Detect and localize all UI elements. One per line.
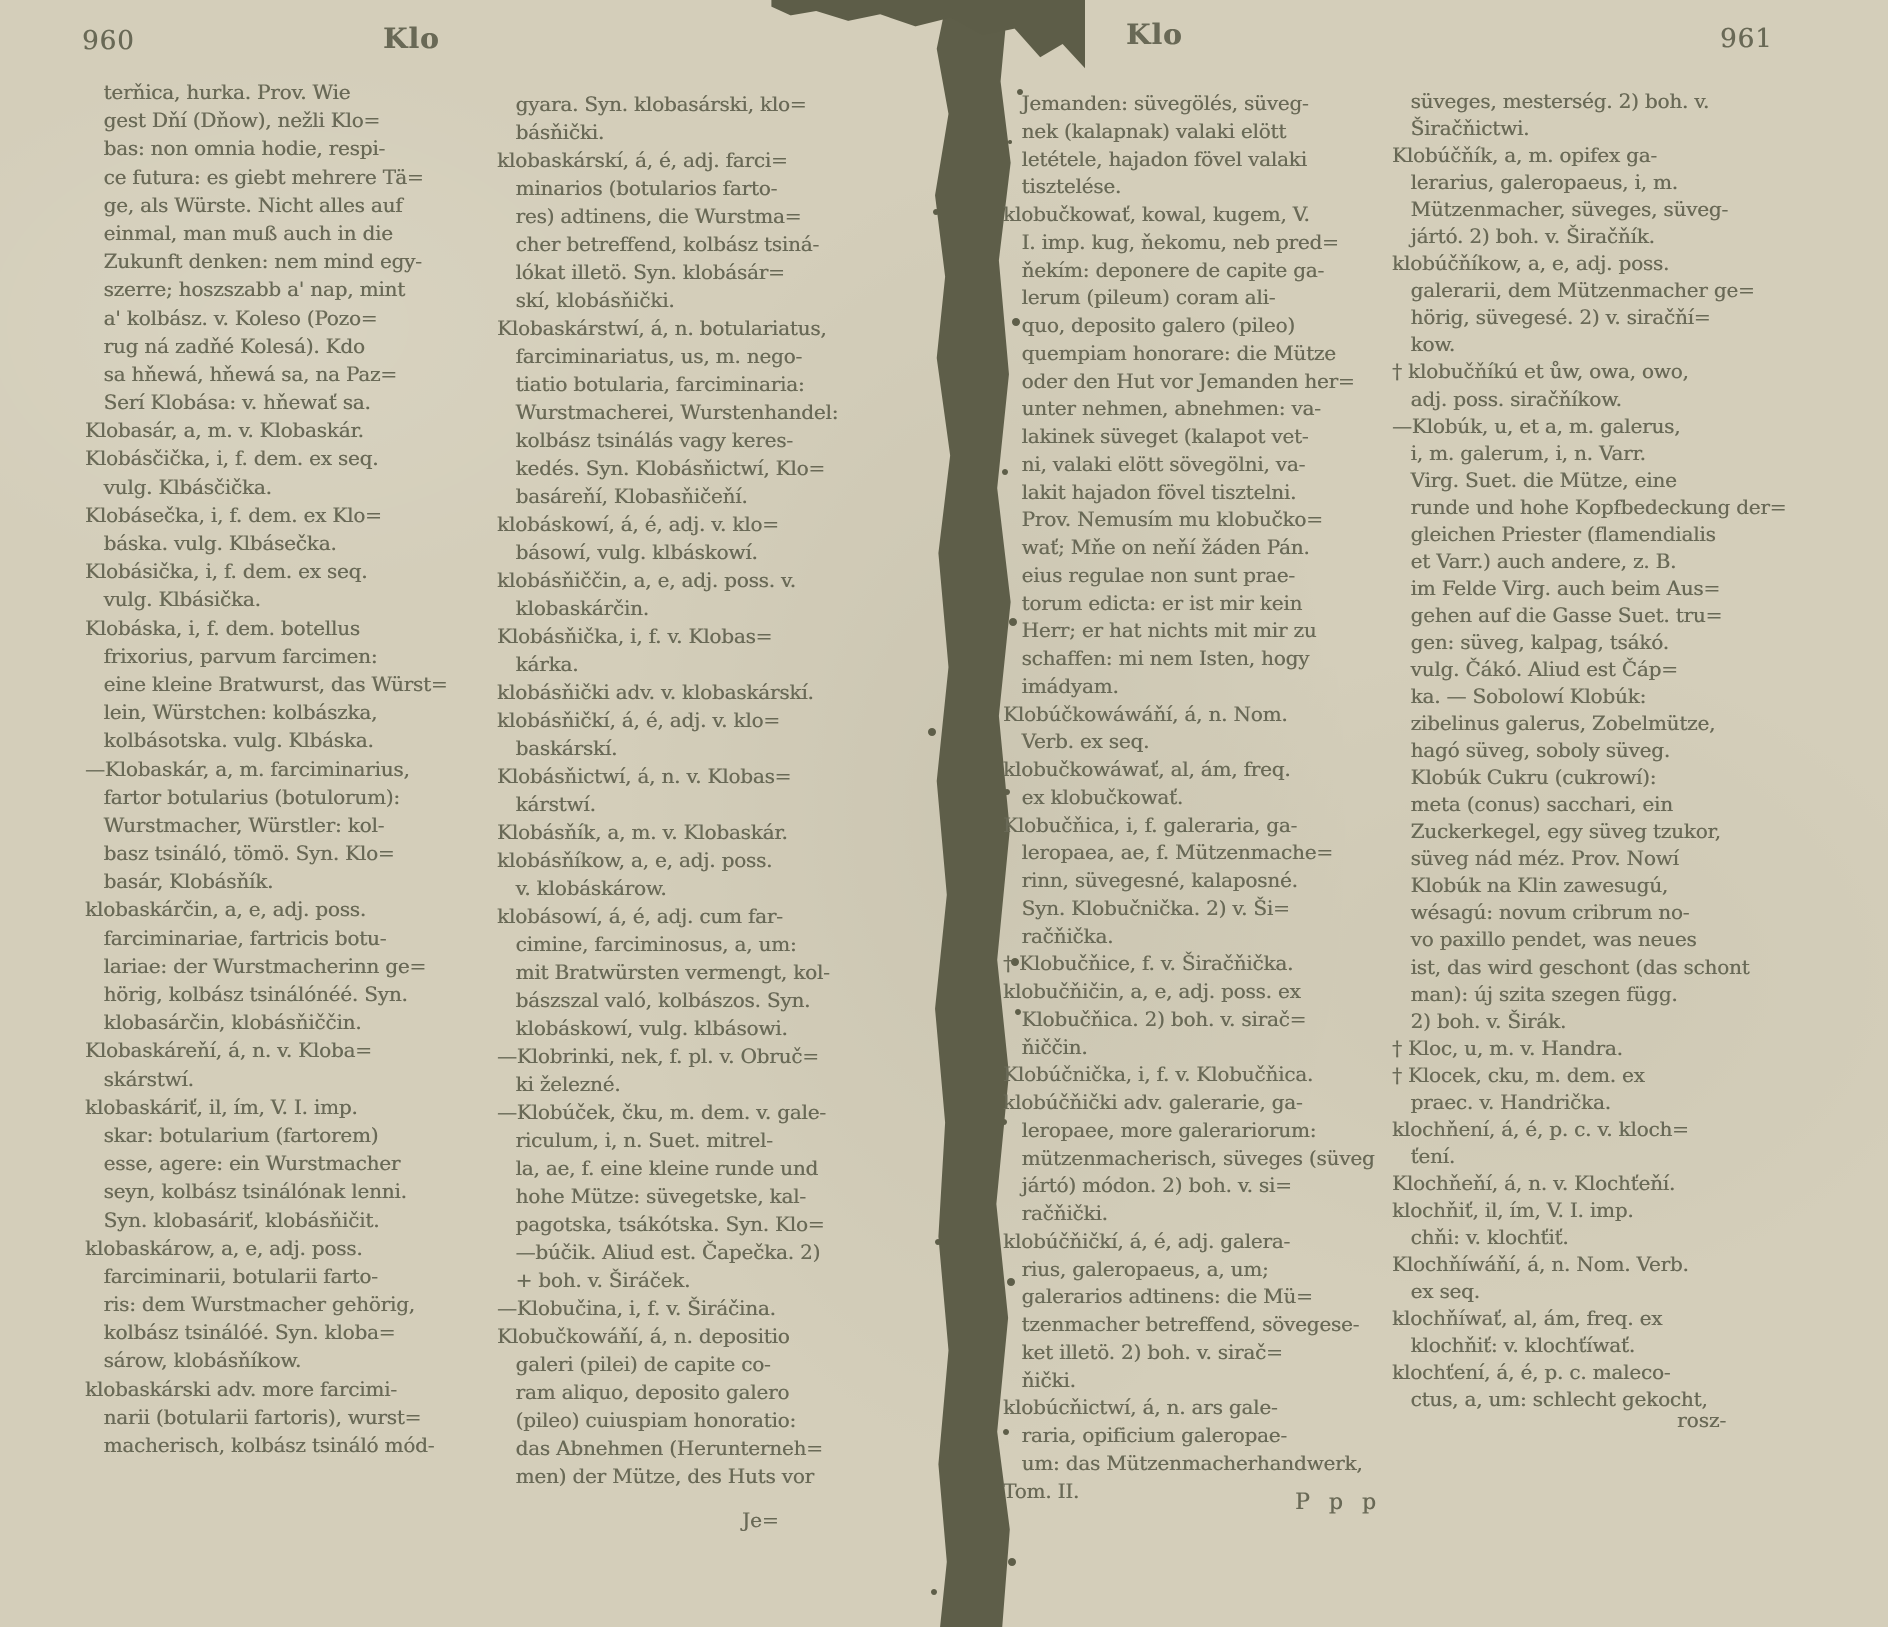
text-line: klochňiť: v. klochťíwať.	[1392, 1332, 1824, 1359]
text-line: kárstwí.	[497, 790, 839, 818]
text-line: bászszal való, kolbászos. Syn.	[497, 986, 839, 1014]
catchword-left-page: Je=	[742, 1508, 779, 1532]
text-line: lerum (pileum) coram ali-	[1003, 284, 1361, 312]
broken-word-catch: rosz-	[1677, 1408, 1726, 1432]
text-line: Virg. Suet. die Mütze, eine	[1392, 467, 1824, 494]
text-line: Klobučkowáňí, á, n. depositio	[497, 1322, 839, 1350]
text-line: skárstwí.	[85, 1065, 487, 1093]
text-line: —búčik. Aliud est. Čapečka. 2)	[497, 1238, 839, 1266]
text-line: klobučkowať, kowal, kugem, V.	[1003, 201, 1361, 229]
text-line: baskárskí.	[497, 734, 839, 762]
text-line: Klobásňík, a, m. v. Klobaskár.	[497, 818, 839, 846]
text-line: klobúčňíkow, a, e, adj. poss.	[1392, 250, 1824, 277]
text-line: klobáskowí, vulg. klbásowi.	[497, 1014, 839, 1042]
text-line: lein, Würstchen: kolbászka,	[85, 698, 487, 726]
text-line: klobásňički adv. v. klobaskárskí.	[497, 678, 839, 706]
text-line: hörig, süvegesé. 2) v. siračňí=	[1392, 304, 1824, 331]
text-line: ist, das wird geschont (das schont	[1392, 954, 1824, 981]
page-number-right: 961	[1720, 24, 1773, 54]
text-line: oder den Hut vor Jemanden her=	[1003, 368, 1361, 396]
text-line: torum edicta: er ist mir kein	[1003, 590, 1361, 618]
text-line: lerarius, galeropaeus, i, m.	[1392, 169, 1824, 196]
text-line: ctus, a, um: schlecht gekocht,	[1392, 1386, 1824, 1413]
text-line: süveges, mesterség. 2) boh. v.	[1392, 88, 1824, 115]
text-line: Zuckerkegel, egy süveg tzukor,	[1392, 818, 1824, 845]
text-line: szerre; hoszszabb a' nap, mint	[85, 275, 487, 303]
text-line: jártó) módon. 2) boh. v. si=	[1003, 1172, 1361, 1200]
text-line: hagó süveg, soboly süveg.	[1392, 737, 1824, 764]
text-line: † klobučňíkú et ůw, owa, owo,	[1392, 358, 1824, 385]
text-line: Prov. Nemusím mu klobučko=	[1003, 506, 1361, 534]
text-line: † Klobučňice, f. v. Širačňička.	[1003, 950, 1361, 978]
text-line: klobúčňički adv. galerarie, ga-	[1003, 1089, 1361, 1117]
text-line: klobásňiččin, a, e, adj. poss. v.	[497, 566, 839, 594]
text-line: cher betreffend, kolbász tsiná-	[497, 230, 839, 258]
text-line: cimine, farciminosus, a, um:	[497, 930, 839, 958]
running-head-left: Klo	[383, 22, 440, 55]
text-line: tiatio botularia, farciminaria:	[497, 370, 839, 398]
text-line: basz tsináló, tömö. Syn. Klo=	[85, 839, 487, 867]
text-line: lariae: der Wurstmacherinn ge=	[85, 952, 487, 980]
text-line: das Abnehmen (Herunterneh=	[497, 1434, 839, 1462]
text-line: I. imp. kug, ňekomu, neb pred=	[1003, 229, 1361, 257]
text-line: schaffen: mi nem Isten, hogy	[1003, 645, 1361, 673]
text-line: Klobúčkowáwáňí, á, n. Nom.	[1003, 701, 1361, 729]
text-line: eine kleine Bratwurst, das Würst=	[85, 670, 487, 698]
text-line: ňiččin.	[1003, 1034, 1361, 1062]
text-line: račňička.	[1003, 923, 1361, 951]
text-line: i, m. galerum, i, n. Varr.	[1392, 440, 1824, 467]
text-line: ka. — Sobolowí Klobúk:	[1392, 683, 1824, 710]
text-line: klobasárčin, klobásňiččin.	[85, 1008, 487, 1036]
text-line: Klobúčňík, a, m. opifex ga-	[1392, 142, 1824, 169]
text-line: kárka.	[497, 650, 839, 678]
text-line: gyara. Syn. klobasárski, klo=	[497, 90, 839, 118]
text-line: —Klobúk, u, et a, m. galerus,	[1392, 413, 1824, 440]
text-line: mützenmacherisch, süveges (süveg	[1003, 1145, 1361, 1173]
text-line: Klobúk na Klin zawesugú,	[1392, 872, 1824, 899]
text-line: ni, valaki elött sövegölni, va-	[1003, 451, 1361, 479]
text-line: res) adtinens, die Wurstma=	[497, 202, 839, 230]
text-line: klochňiť, il, ím, V. I. imp.	[1392, 1197, 1824, 1224]
text-line: basár, Klobásňík.	[85, 867, 487, 895]
text-line: eius regulae non sunt prae-	[1003, 562, 1361, 590]
text-line: Klobásčička, i, f. dem. ex seq.	[85, 444, 487, 472]
text-line: leropaea, ae, f. Mützenmache=	[1003, 839, 1361, 867]
text-line: ťení.	[1392, 1143, 1824, 1170]
text-line: wésagú: novum cribrum no-	[1392, 899, 1824, 926]
text-line: 2) boh. v. Širák.	[1392, 1008, 1824, 1035]
text-line: mit Bratwürsten vermengt, kol-	[497, 958, 839, 986]
text-line: et Varr.) auch andere, z. B.	[1392, 548, 1824, 575]
text-line: kolbász tsinálás vagy keres-	[497, 426, 839, 454]
text-line: leropaee, more galerariorum:	[1003, 1117, 1361, 1145]
text-line: Syn. Klobučnička. 2) v. Ši=	[1003, 895, 1361, 923]
right-page-column-1: Jemanden: süvegölés, süveg- nek (kalapna…	[1003, 90, 1361, 1505]
text-line: klobaskárow, a, e, adj. poss.	[85, 1234, 487, 1262]
text-line: Herr; er hat nichts mit mir zu	[1003, 617, 1361, 645]
text-line: tisztelése.	[1003, 173, 1361, 201]
text-line: Wurstmacher, Würstler: kol-	[85, 811, 487, 839]
text-line: meta (conus) sacchari, ein	[1392, 791, 1824, 818]
text-line: básňički.	[497, 118, 839, 146]
text-line: klobáskowí, á, é, adj. v. klo=	[497, 510, 839, 538]
text-line: Klochňíwáňí, á, n. Nom. Verb.	[1392, 1251, 1824, 1278]
text-line: la, ae, f. eine kleine runde und	[497, 1154, 839, 1182]
text-line: rius, galeropaeus, a, um;	[1003, 1256, 1361, 1284]
text-line: ki železné.	[497, 1070, 839, 1098]
text-line: ge, als Würste. Nicht alles auf	[85, 191, 487, 219]
text-line: klobaskáriť, il, ím, V. I. imp.	[85, 1093, 487, 1121]
text-line: † Klocek, cku, m. dem. ex	[1392, 1062, 1824, 1089]
text-line: narii (botularii fartoris), wurst=	[85, 1403, 487, 1431]
text-line: klobaskárski adv. more farcimi-	[85, 1375, 487, 1403]
text-line: klobaskárčin.	[497, 594, 839, 622]
text-line: seyn, kolbász tsinálónak lenni.	[85, 1177, 487, 1205]
text-line: bas: non omnia hodie, respi-	[85, 134, 487, 162]
text-line: Klobásňička, i, f. v. Klobas=	[497, 622, 839, 650]
text-line: klochňení, á, é, p. c. v. kloch=	[1392, 1116, 1824, 1143]
text-line: klobásňíkow, a, e, adj. poss.	[497, 846, 839, 874]
text-line: ňekím: deponere de capite ga-	[1003, 257, 1361, 285]
text-line: ket illetö. 2) boh. v. sirač=	[1003, 1339, 1361, 1367]
text-line: sa hňewá, hňewá sa, na Paz=	[85, 360, 487, 388]
text-line: vulg. Čákó. Aliud est Čáp=	[1392, 656, 1824, 683]
text-line: báska. vulg. Klbásečka.	[85, 529, 487, 557]
text-line: kedés. Syn. Klobásňictwí, Klo=	[497, 454, 839, 482]
text-line: Klobaskáreňí, á, n. v. Kloba=	[85, 1036, 487, 1064]
text-line: adj. poss. siračňíkow.	[1392, 386, 1824, 413]
text-line: minarios (botularios farto-	[497, 174, 839, 202]
text-line: galeri (pilei) de capite co-	[497, 1350, 839, 1378]
text-line: wať; Mňe on neňí žáden Pán.	[1003, 534, 1361, 562]
text-line: klobásowí, á, é, adj. cum far-	[497, 902, 839, 930]
text-line: vo paxillo pendet, was neues	[1392, 926, 1824, 953]
text-line: im Felde Virg. auch beim Aus=	[1392, 575, 1824, 602]
text-line: raria, opificium galeropae-	[1003, 1422, 1361, 1450]
text-line: klobaskárčin, a, e, adj. poss.	[85, 895, 487, 923]
text-line: galerarii, dem Mützenmacher ge=	[1392, 277, 1824, 304]
text-line: lakit hajadon fövel tisztelni.	[1003, 479, 1361, 507]
text-line: basáreňí, Klobasňičeňí.	[497, 482, 839, 510]
text-line: † Kloc, u, m. v. Handra.	[1392, 1035, 1824, 1062]
text-line: lókat illetö. Syn. klobásár=	[497, 258, 839, 286]
text-line: süveg nád méz. Prov. Nowí	[1392, 845, 1824, 872]
text-line: Zukunft denken: nem mind egy-	[85, 247, 487, 275]
text-line: lakinek süveget (kalapot vet-	[1003, 423, 1361, 451]
text-line: macherisch, kolbász tsináló mód-	[85, 1431, 487, 1459]
text-line: farciminariatus, us, m. nego-	[497, 342, 839, 370]
text-line: básowí, vulg. klbáskowí.	[497, 538, 839, 566]
text-line: Klobasár, a, m. v. Klobaskár.	[85, 416, 487, 444]
text-line: skí, klobásňički.	[497, 286, 839, 314]
text-line: vulg. Klbásčička.	[85, 473, 487, 501]
text-line: terňica, hurka. Prov. Wie	[85, 78, 487, 106]
text-line: man): új szita szegen függ.	[1392, 981, 1824, 1008]
text-line: račňički.	[1003, 1200, 1361, 1228]
text-line: quempiam honorare: die Mütze	[1003, 340, 1361, 368]
text-line: gest Dňí (Dňow), nežli Klo=	[85, 106, 487, 134]
text-line: Verb. ex seq.	[1003, 728, 1361, 756]
text-line: a' kolbász. v. Koleso (Pozo=	[85, 304, 487, 332]
text-line: jártó. 2) boh. v. Širačňík.	[1392, 223, 1824, 250]
text-line: —Klobrinki, nek, f. pl. v. Obruč=	[497, 1042, 839, 1070]
text-line: gehen auf die Gasse Suet. tru=	[1392, 602, 1824, 629]
text-line: ram aliquo, deposito galero	[497, 1378, 839, 1406]
text-line: (pileo) cuiuspiam honoratio:	[497, 1406, 839, 1434]
text-line: hörig, kolbász tsinálónéé. Syn.	[85, 980, 487, 1008]
text-line: klobúcňictwí, á, n. ars gale-	[1003, 1394, 1361, 1422]
text-line: kow.	[1392, 331, 1824, 358]
gutter-shadow	[930, 0, 1014, 1627]
text-line: Klobúk Cukru (cukrowí):	[1392, 764, 1824, 791]
page-number-left: 960	[82, 26, 135, 56]
text-line: einmal, man muß auch in die	[85, 219, 487, 247]
text-line: Serí Klobása: v. hňewať sa.	[85, 388, 487, 416]
text-line: esse, agere: ein Wurstmacher	[85, 1149, 487, 1177]
text-line: kolbász tsinálóé. Syn. kloba=	[85, 1318, 487, 1346]
signature-mark: P p p	[1295, 1490, 1382, 1515]
text-line: ce futura: es giebt mehrere Tä=	[85, 163, 487, 191]
text-line: imádyam.	[1003, 673, 1361, 701]
text-line: farciminarii, botularii farto-	[85, 1262, 487, 1290]
text-line: Klobásička, i, f. dem. ex seq.	[85, 557, 487, 585]
text-line: farciminariae, fartricis botu-	[85, 924, 487, 952]
text-line: —Klobaskár, a, m. farciminarius,	[85, 755, 487, 783]
text-line: unter nehmen, abnehmen: va-	[1003, 395, 1361, 423]
text-line: ex seq.	[1392, 1278, 1824, 1305]
text-line: klobúčňičkí, á, é, adj. galera-	[1003, 1228, 1361, 1256]
text-line: Jemanden: süvegölés, süveg-	[1003, 90, 1361, 118]
text-line: klobásňičkí, á, é, adj. v. klo=	[497, 706, 839, 734]
text-line: Klobučňica. 2) boh. v. sirač=	[1003, 1006, 1361, 1034]
text-line: nek (kalapnak) valaki elött	[1003, 118, 1361, 146]
text-line: klobaskárskí, á, é, adj. farci=	[497, 146, 839, 174]
left-page-column-1: terňica, hurka. Prov. Wie gest Dňí (Dňow…	[85, 78, 487, 1459]
text-line: Klobaskárstwí, á, n. botulariatus,	[497, 314, 839, 342]
text-line: ex klobučkowať.	[1003, 784, 1361, 812]
text-line: praec. v. Handrička.	[1392, 1089, 1824, 1116]
text-line: frixorius, parvum farcimen:	[85, 642, 487, 670]
text-line: Klobásečka, i, f. dem. ex Klo=	[85, 501, 487, 529]
text-line: Wurstmacherei, Wurstenhandel:	[497, 398, 839, 426]
text-line: rinn, süvegesné, kalaposné.	[1003, 867, 1361, 895]
text-line: klochťení, á, é, p. c. maleco-	[1392, 1359, 1824, 1386]
text-line: ris: dem Wurstmacher gehörig,	[85, 1290, 487, 1318]
text-line: klobučňičin, a, e, adj. poss. ex	[1003, 978, 1361, 1006]
text-line: v. klobáskárow.	[497, 874, 839, 902]
text-line: chňi: v. klochťiť.	[1392, 1224, 1824, 1251]
text-line: Klobučňica, i, f. galeraria, ga-	[1003, 812, 1361, 840]
text-line: vulg. Klbásička.	[85, 585, 487, 613]
text-line: klobučkowáwať, al, ám, freq.	[1003, 756, 1361, 784]
text-line: Klobúčnička, i, f. v. Klobučňica.	[1003, 1061, 1361, 1089]
text-line: gen: süveg, kalpag, tsákó.	[1392, 629, 1824, 656]
text-line: skar: botularium (fartorem)	[85, 1121, 487, 1149]
text-line: sárow, klobásňíkow.	[85, 1346, 487, 1374]
text-line: letétele, hajadon fövel valaki	[1003, 146, 1361, 174]
book-spread: 960 Klo Klo 961 terňica, hurka. Prov. Wi…	[0, 0, 1888, 1627]
text-line: men) der Mütze, des Huts vor	[497, 1462, 839, 1490]
text-line: tzenmacher betreffend, sövegese-	[1003, 1311, 1361, 1339]
text-line: Širačňictwi.	[1392, 115, 1824, 142]
text-line: zibelinus galerus, Zobelmütze,	[1392, 710, 1824, 737]
text-line: pagotska, tsákótska. Syn. Klo=	[497, 1210, 839, 1238]
running-head-right: Klo	[1126, 18, 1183, 51]
text-line: runde und hohe Kopfbedeckung der=	[1392, 494, 1824, 521]
text-line: um: das Mützenmacherhandwerk,	[1003, 1450, 1361, 1478]
text-line: + boh. v. Širáček.	[497, 1266, 839, 1294]
text-line: —Klobučina, i, f. v. Širáčina.	[497, 1294, 839, 1322]
text-line: hohe Mütze: süvegetske, kal-	[497, 1182, 839, 1210]
text-line: ňički.	[1003, 1367, 1361, 1395]
text-line: rug ná zadňé Kolesá). Kdo	[85, 332, 487, 360]
text-line: riculum, i, n. Suet. mitrel-	[497, 1126, 839, 1154]
text-line: fartor botularius (botulorum):	[85, 783, 487, 811]
text-line: quo, deposito galero (pileo)	[1003, 312, 1361, 340]
text-line: gleichen Priester (flamendialis	[1392, 521, 1824, 548]
text-line: kolbásotska. vulg. Klbáska.	[85, 726, 487, 754]
right-page-column-2: süveges, mesterség. 2) boh. v. Širačňict…	[1392, 88, 1824, 1413]
text-line: klochňíwať, al, ám, freq. ex	[1392, 1305, 1824, 1332]
text-line: Klobásňictwí, á, n. v. Klobas=	[497, 762, 839, 790]
text-line: —Klobúček, čku, m. dem. v. gale-	[497, 1098, 839, 1126]
text-line: Syn. klobasáriť, klobásňičit.	[85, 1206, 487, 1234]
text-line: Klobáska, i, f. dem. botellus	[85, 614, 487, 642]
text-line: Klochňeňí, á, n. v. Klochťeňí.	[1392, 1170, 1824, 1197]
text-line: Mützenmacher, süveges, süveg-	[1392, 196, 1824, 223]
left-page-column-2: gyara. Syn. klobasárski, klo= básňički.k…	[497, 90, 839, 1490]
text-line: galerarios adtinens: die Mü=	[1003, 1283, 1361, 1311]
